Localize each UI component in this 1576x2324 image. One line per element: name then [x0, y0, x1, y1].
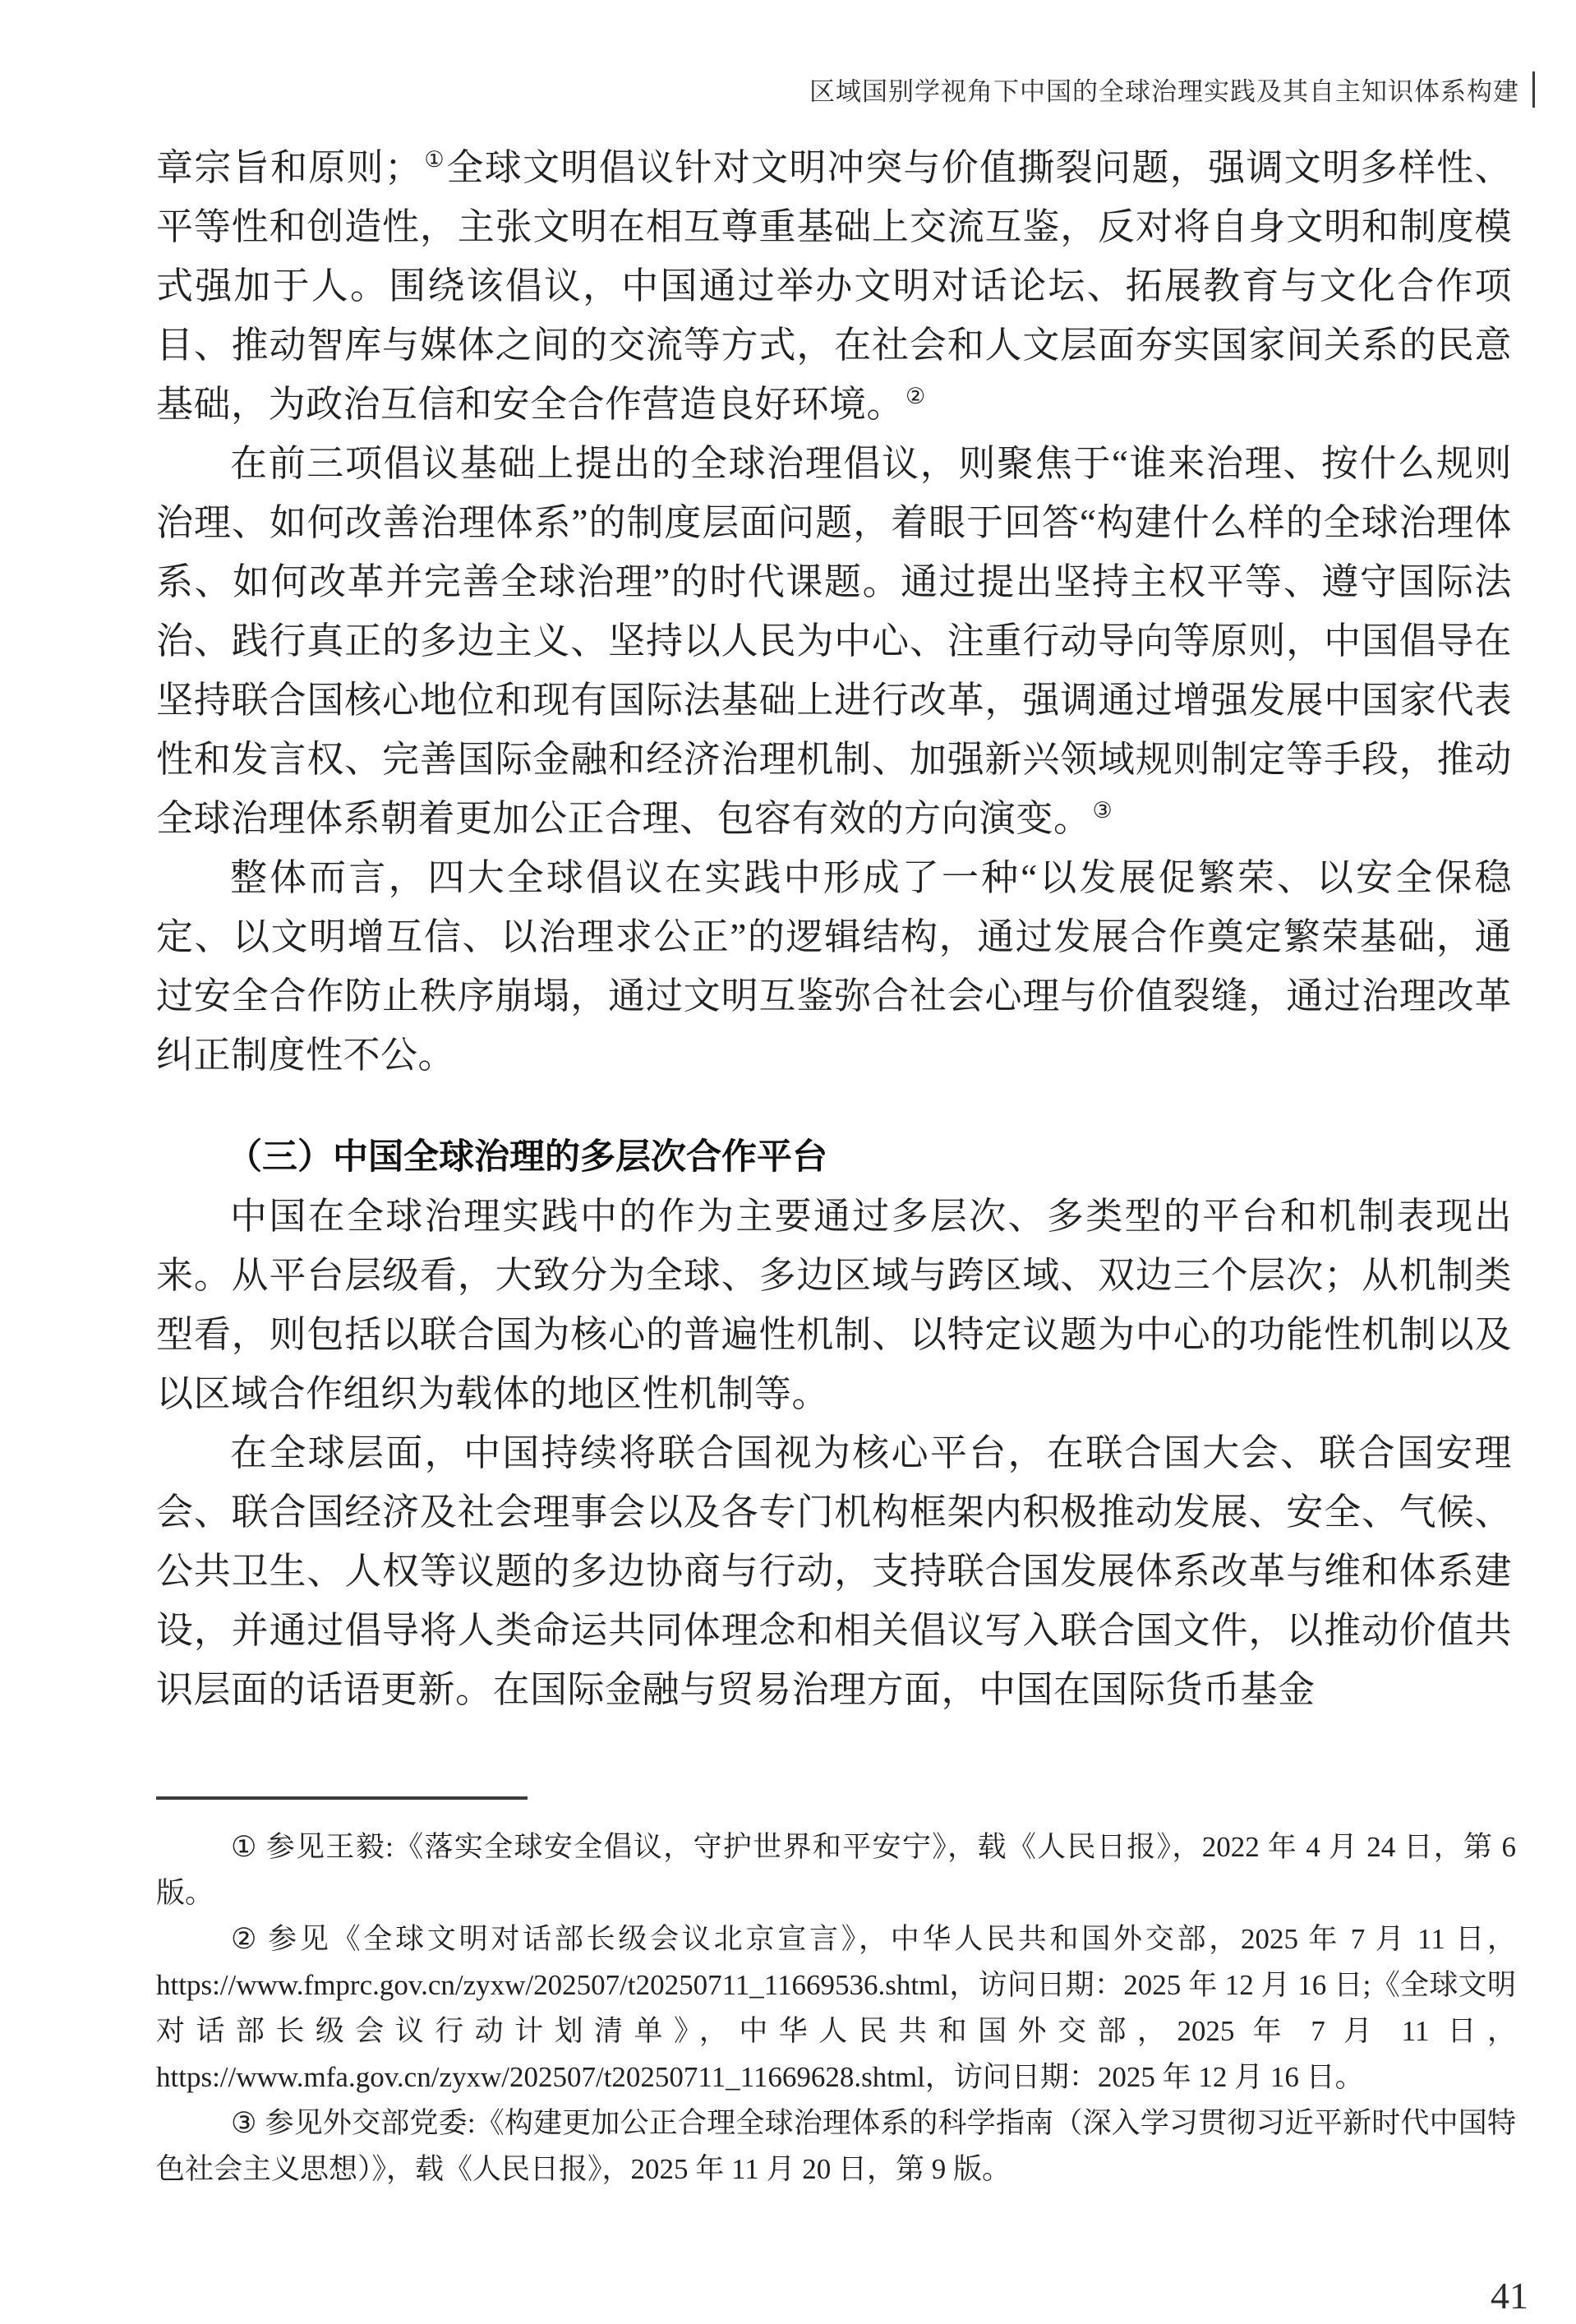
footnote-2: ②参见《全球文明对话部长级会议北京宣言》，中华人民共和国外交部，2025 年 7… [156, 1916, 1516, 2100]
paragraph-1-text-cont: 全球文明倡议针对文明冲突与价值撕裂问题，强调文明多样性、平等性和创造性，主张文明… [156, 147, 1512, 425]
document-page: 区域国别学视角下中国的全球治理实践及其自主知识体系构建 章宗旨和原则；①全球文明… [0, 0, 1576, 2324]
footnote-2-marker: ② [231, 1923, 268, 1955]
paragraph-3: 整体而言，四大全球倡议在实践中形成了一种“以发展促繁荣、以安全保稳定、以文明增互… [156, 848, 1512, 1085]
footnotes-section: ①参见王毅:《落实全球安全倡议，守护世界和平安宁》，载《人民日报》，2022 年… [156, 1796, 1516, 2193]
footnote-2-text: 参见《全球文明对话部长级会议北京宣言》，中华人民共和国外交部，2025 年 7 … [156, 1923, 1516, 2093]
footnote-1-marker: ① [231, 1831, 266, 1863]
paragraph-1: 章宗旨和原则；①全球文明倡议针对文明冲突与价值撕裂问题，强调文明多样性、平等性和… [156, 138, 1512, 434]
footnote-ref-3: ③ [1091, 798, 1114, 823]
footnote-ref-2: ② [904, 384, 927, 408]
footnote-ref-1: ① [422, 147, 447, 172]
footnote-1-text: 参见王毅:《落实全球安全倡议，守护世界和平安宁》，载《人民日报》，2022 年 … [156, 1831, 1516, 1909]
footnote-separator-rule [156, 1796, 528, 1800]
paragraph-2: 在前三项倡议基础上提出的全球治理倡议，则聚焦于“谁来治理、按什么规则治理、如何改… [156, 434, 1512, 848]
paragraph-2-text: 在前三项倡议基础上提出的全球治理倡议，则聚焦于“谁来治理、按什么规则治理、如何改… [156, 443, 1512, 839]
header-divider-rule [1532, 71, 1535, 108]
footnote-1: ①参见王毅:《落实全球安全倡议，守护世界和平安宁》，载《人民日报》，2022 年… [156, 1824, 1516, 1916]
running-header: 区域国别学视角下中国的全球治理实践及其自主知识体系构建 [809, 71, 1535, 108]
footnote-3-marker: ③ [231, 2107, 265, 2139]
paragraph-5: 在全球层面，中国持续将联合国视为核心平台，在联合国大会、联合国安理会、联合国经济… [156, 1423, 1512, 1719]
paragraph-1-text: 章宗旨和原则； [156, 147, 422, 188]
page-number: 41 [1491, 2274, 1528, 2317]
section-heading: （三）中国全球治理的多层次合作平台 [156, 1127, 1512, 1187]
body-text: 章宗旨和原则；①全球文明倡议针对文明冲突与价值撕裂问题，强调文明多样性、平等性和… [156, 138, 1512, 1719]
footnote-3: ③参见外交部党委:《构建更加公正合理全球治理体系的科学指南（深入学习贯彻习近平新… [156, 2100, 1516, 2193]
running-header-title: 区域国别学视角下中国的全球治理实践及其自主知识体系构建 [809, 71, 1519, 108]
footnote-3-text: 参见外交部党委:《构建更加公正合理全球治理体系的科学指南（深入学习贯彻习近平新时… [156, 2107, 1516, 2185]
paragraph-4: 中国在全球治理实践中的作为主要通过多层次、多类型的平台和机制表现出来。从平台层级… [156, 1187, 1512, 1423]
